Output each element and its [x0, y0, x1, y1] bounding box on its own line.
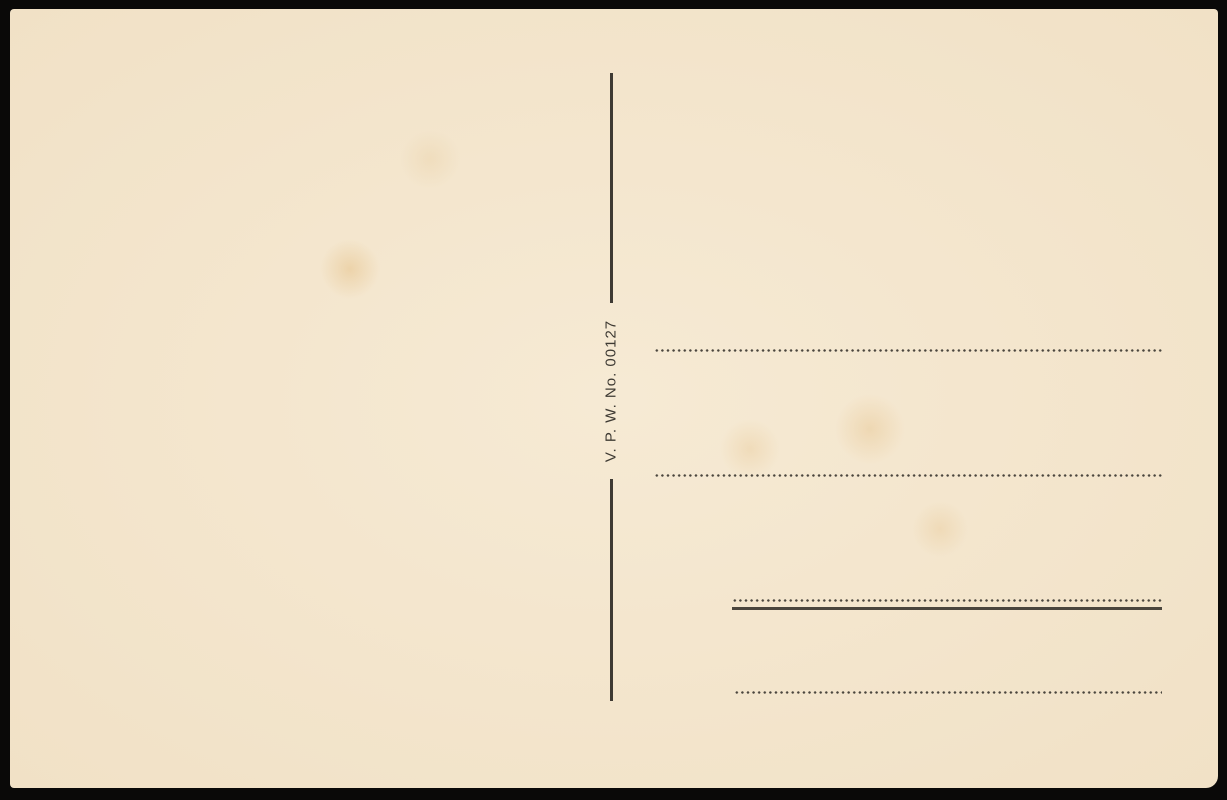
- center-divider-top: [610, 73, 613, 303]
- postcard-back: V. P. W. No. 00127: [10, 9, 1218, 788]
- address-line-3-solid: [732, 607, 1162, 610]
- address-line-3-dotted: [732, 599, 1162, 602]
- center-divider-bottom: [610, 479, 613, 701]
- address-line-4: [734, 691, 1162, 694]
- address-line-2: [654, 474, 1162, 477]
- publisher-mark: V. P. W. No. 00127: [603, 320, 620, 462]
- address-line-1: [654, 349, 1162, 352]
